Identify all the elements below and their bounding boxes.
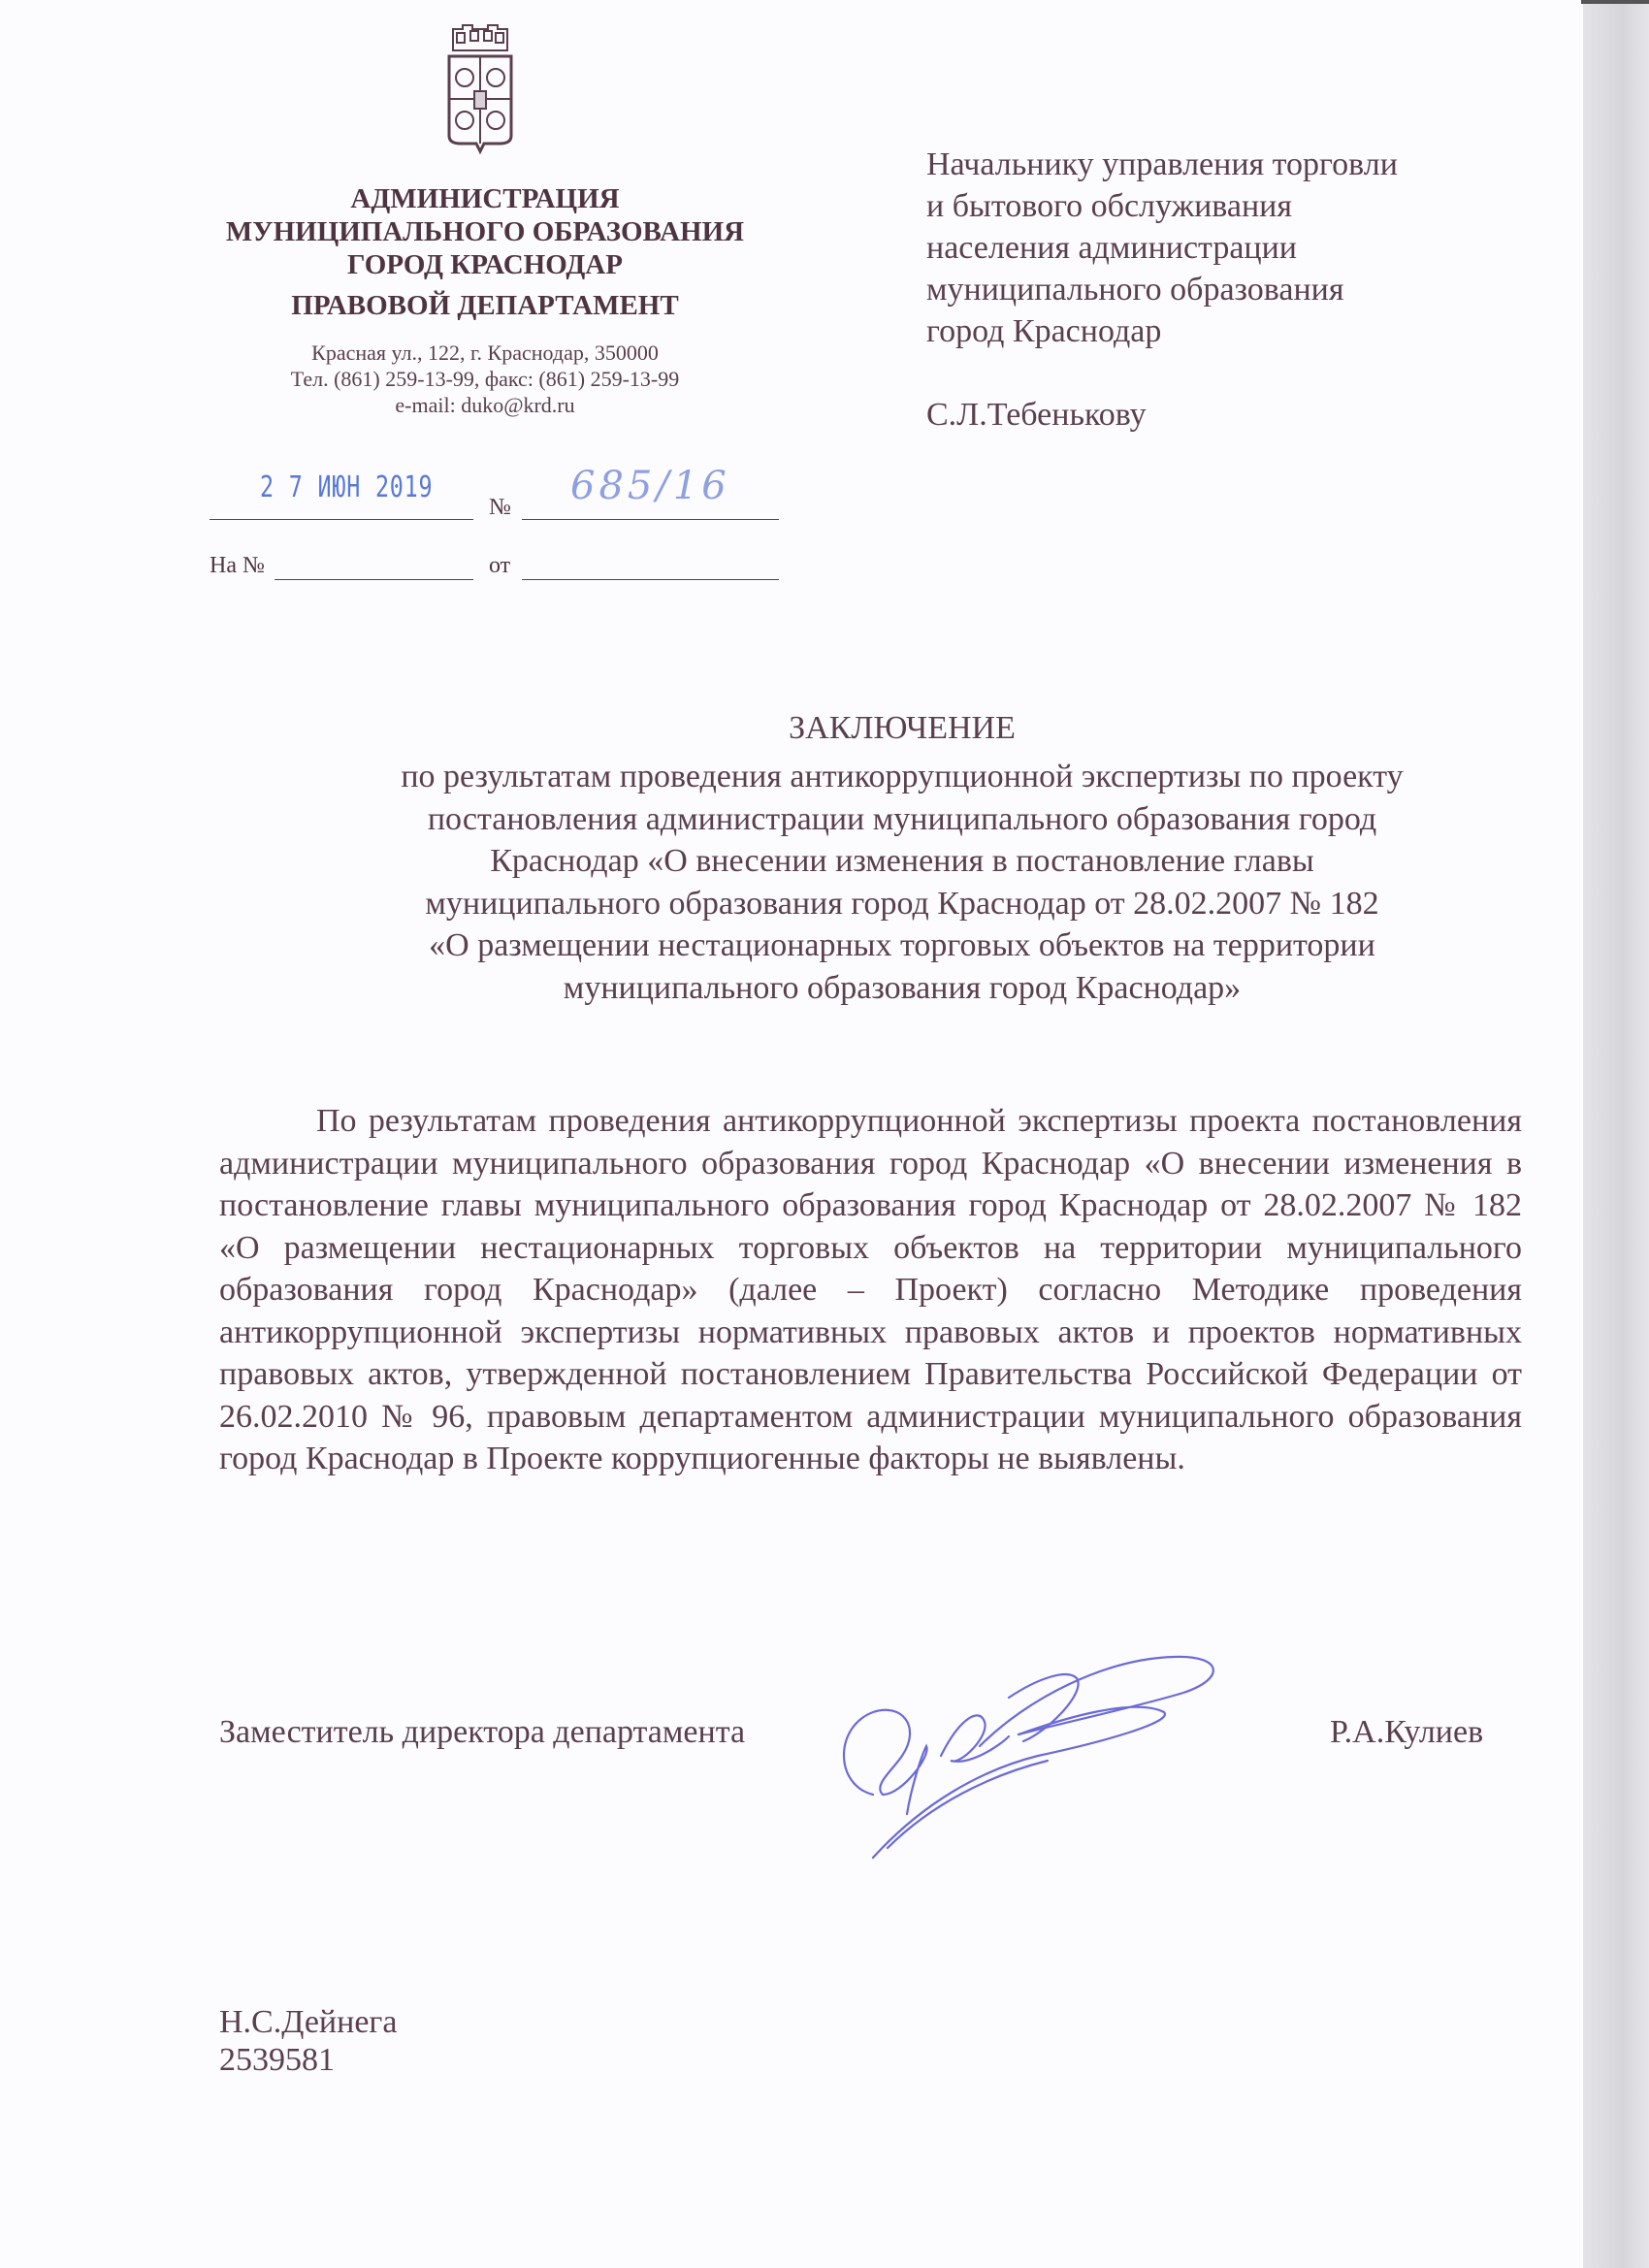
reference-from-label: от (489, 553, 510, 579)
subtitle-line: Краснодар «О внесении изменения в постан… (291, 840, 1513, 883)
signatory-role: Заместитель директора департамента (219, 1714, 745, 1751)
executor-block: Н.С.Дейнега 2539581 (219, 2003, 397, 2079)
addressee-line: город Краснодар (926, 310, 1398, 352)
org-name-line-2: МУНИЦИПАЛЬНОГО ОБРАЗОВАНИЯ (194, 215, 776, 248)
subtitle-line: муниципального образования город Краснод… (291, 967, 1513, 1010)
org-name-line-3: ГОРОД КРАСНОДАР (194, 248, 776, 281)
subtitle-line: муниципального образования город Краснод… (291, 883, 1513, 925)
subtitle-line: по результатам проведения антикоррупцион… (291, 756, 1513, 798)
org-email: e-mail: duko@krd.ru (194, 392, 776, 418)
date-line (210, 519, 473, 520)
executor-phone: 2539581 (219, 2041, 397, 2079)
outgoing-number: 685/16 (570, 464, 730, 508)
reference-number-label: На № (210, 553, 265, 579)
document-title: ЗАКЛЮЧЕНИЕ (291, 710, 1513, 747)
addressee-line: и бытового обслуживания (926, 185, 1398, 227)
subtitle-line: постановления администрации муниципально… (291, 798, 1513, 841)
addressee-block: Начальнику управления торговли и бытовог… (926, 144, 1398, 436)
date-stamp: 2 7 ИЮН 2019 (260, 470, 433, 504)
scan-edge-shadow (1583, 0, 1649, 2268)
signatory-name: Р.А.Кулиев (1330, 1714, 1483, 1751)
org-address: Красная ул., 122, г. Краснодар, 350000 (194, 340, 776, 366)
conclusion-body-paragraph: По результатам проведения антикоррупцион… (219, 1100, 1522, 1480)
reference-number-line (275, 579, 473, 580)
scan-edge-mark (1581, 0, 1649, 4)
addressee-line: муниципального образования (926, 269, 1398, 310)
addressee-line: Начальнику управления торговли (926, 144, 1398, 185)
addressee-name: С.Л.Тебенькову (926, 394, 1398, 436)
subtitle-line: «О размещении нестационарных торговых об… (291, 924, 1513, 967)
coat-of-arms-icon (441, 21, 519, 157)
number-label: № (489, 495, 511, 521)
document-subtitle: по результатам проведения антикоррупцион… (291, 756, 1513, 1009)
executor-name: Н.С.Дейнега (219, 2003, 397, 2041)
document-page: АДМИНИСТРАЦИЯ МУНИЦИПАЛЬНОГО ОБРАЗОВАНИЯ… (0, 0, 1583, 2268)
department-name: ПРАВОВОЙ ДЕПАРТАМЕНТ (194, 289, 776, 322)
reference-date-line (522, 579, 779, 580)
org-name-line-1: АДМИНИСТРАЦИЯ (194, 182, 776, 215)
addressee-line: населения администрации (926, 227, 1398, 269)
org-phone: Тел. (861) 259-13-99, факс: (861) 259-13… (194, 366, 776, 392)
handwritten-signature-icon (815, 1639, 1319, 1863)
number-line (522, 519, 779, 520)
